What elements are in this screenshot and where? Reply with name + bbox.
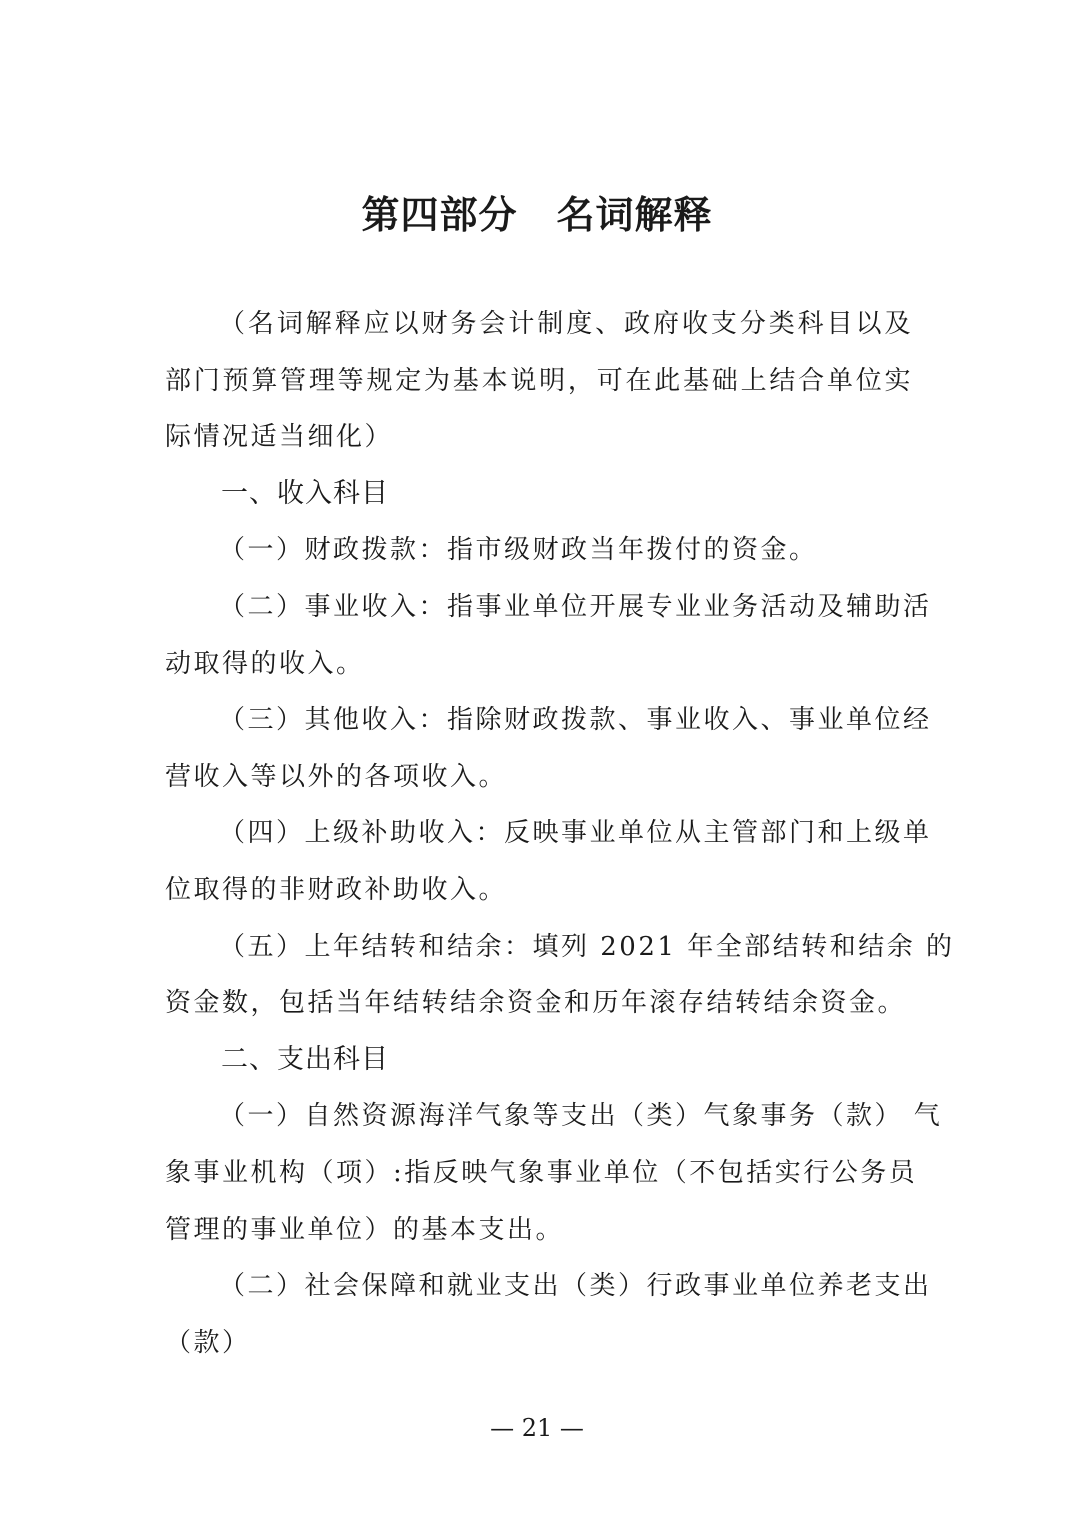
income-item-4-line-2: 位取得的非财政补助收入。	[165, 862, 913, 919]
income-item-3-line-1: （三）其他收入：指除财政拨款、事业收入、事业单位经	[165, 692, 913, 749]
page-number: — 21 —	[0, 1408, 1074, 1448]
income-item-5-line-1: （五）上年结转和结余：填列 2021 年全部结转和结余 的	[165, 919, 913, 976]
income-item-2-line-2: 动取得的收入。	[165, 636, 913, 693]
expense-item-2-line-2: （款）	[165, 1315, 913, 1372]
income-item-5-line-2: 资金数，包括当年结转结余资金和历年滚存结转结余资金。	[165, 975, 913, 1032]
expense-item-1-line-1: （一）自然资源海洋气象等支出（类）气象事务（款） 气	[165, 1088, 913, 1145]
section-heading-income: 一、收入科目	[165, 466, 913, 523]
document-body: （名词解释应以财务会计制度、政府收支分类科目以及 部门预算管理等规定为基本说明，…	[165, 296, 913, 1371]
income-item-2-line-1: （二）事业收入：指事业单位开展专业业务活动及辅助活	[165, 579, 913, 636]
page-title: 第四部分 名词解释	[0, 187, 1074, 243]
intro-line-1: （名词解释应以财务会计制度、政府收支分类科目以及	[165, 296, 913, 353]
expense-item-2-line-1: （二）社会保障和就业支出（类）行政事业单位养老支出	[165, 1258, 913, 1315]
income-item-1: （一）财政拨款：指市级财政当年拨付的资金。	[165, 522, 913, 579]
intro-line-3: 际情况适当细化）	[165, 409, 913, 466]
expense-item-1-line-3: 管理的事业单位）的基本支出。	[165, 1202, 913, 1259]
intro-line-2: 部门预算管理等规定为基本说明，可在此基础上结合单位实	[165, 353, 913, 410]
income-item-4-line-1: （四）上级补助收入：反映事业单位从主管部门和上级单	[165, 805, 913, 862]
section-heading-expense: 二、支出科目	[165, 1032, 913, 1089]
income-item-3-line-2: 营收入等以外的各项收入。	[165, 749, 913, 806]
expense-item-1-line-2: 象事业机构（项）:指反映气象事业单位（不包括实行公务员	[165, 1145, 913, 1202]
